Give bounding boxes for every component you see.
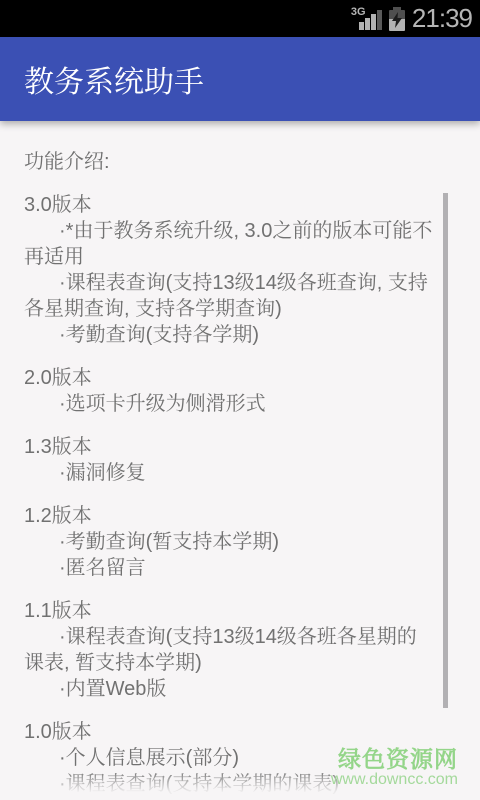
changelog-line xyxy=(24,417,456,434)
signal-bars-icon xyxy=(359,10,382,30)
changelog-line xyxy=(24,486,456,503)
changelog-line: ·匿名留言 xyxy=(24,555,456,581)
changelog-line xyxy=(24,175,456,192)
changelog-line: ·*由于教务系统升级, 3.0之前的版本可能不 xyxy=(24,218,456,244)
changelog-line: 1.1版本 xyxy=(24,598,456,624)
changelog-line: 1.2版本 xyxy=(24,503,456,529)
changelog-line: ·选项卡升级为侧滑形式 xyxy=(24,391,456,417)
changelog-line: 功能介绍: xyxy=(24,149,456,175)
changelog-line: 2.0版本 xyxy=(24,365,456,391)
changelog-line: ·漏洞修复 xyxy=(24,460,456,486)
signal-strength-3g-icon: 3G xyxy=(351,7,382,31)
changelog-line: ·课程表查询(支持13级14级各班查询, 支持 xyxy=(24,270,456,296)
changelog-line: ·内置Web版 xyxy=(24,676,456,702)
app-bar: 教务系统助手 xyxy=(0,37,480,121)
watermark-site-name: 绿色资源网 xyxy=(331,747,458,771)
changelog-line xyxy=(24,348,456,365)
changelog-line: ·考勤查询(暂支持本学期) xyxy=(24,529,456,555)
changelog-line: ·考勤查询(支持各学期) xyxy=(24,322,456,348)
app-screen: 3G 21:39 教务系统助手 功能介绍:3.0版本·*由于教务系统升级, 3.… xyxy=(0,0,480,800)
changelog-line: 1.3版本 xyxy=(24,434,456,460)
status-bar: 3G 21:39 xyxy=(0,0,480,37)
status-bar-clock: 21:39 xyxy=(412,0,472,37)
changelog-line xyxy=(24,702,456,719)
changelog-line: 1.0版本 xyxy=(24,719,456,745)
changelog-line: 课表, 暂支持本学期) xyxy=(24,650,456,676)
lightning-bolt-icon xyxy=(392,12,402,28)
changelog-line: 3.0版本 xyxy=(24,192,456,218)
changelog-line: 再适用 xyxy=(24,244,456,270)
watermark-site-url: www.downcc.com xyxy=(331,771,458,788)
changelog-scroll-area[interactable]: 功能介绍:3.0版本·*由于教务系统升级, 3.0之前的版本可能不再适用·课程表… xyxy=(0,121,480,800)
page-title: 教务系统助手 xyxy=(24,57,204,101)
changelog-line xyxy=(24,581,456,598)
watermark: 绿色资源网 www.downcc.com xyxy=(331,747,458,788)
changelog-line: 各星期查询, 支持各学期查询) xyxy=(24,296,456,322)
changelog-line: ·课程表查询(支持13级14级各班各星期的 xyxy=(24,624,456,650)
scrollbar-thumb[interactable] xyxy=(443,193,448,708)
battery-charging-icon xyxy=(389,7,405,31)
changelog-text: 功能介绍:3.0版本·*由于教务系统升级, 3.0之前的版本可能不再适用·课程表… xyxy=(24,149,456,797)
